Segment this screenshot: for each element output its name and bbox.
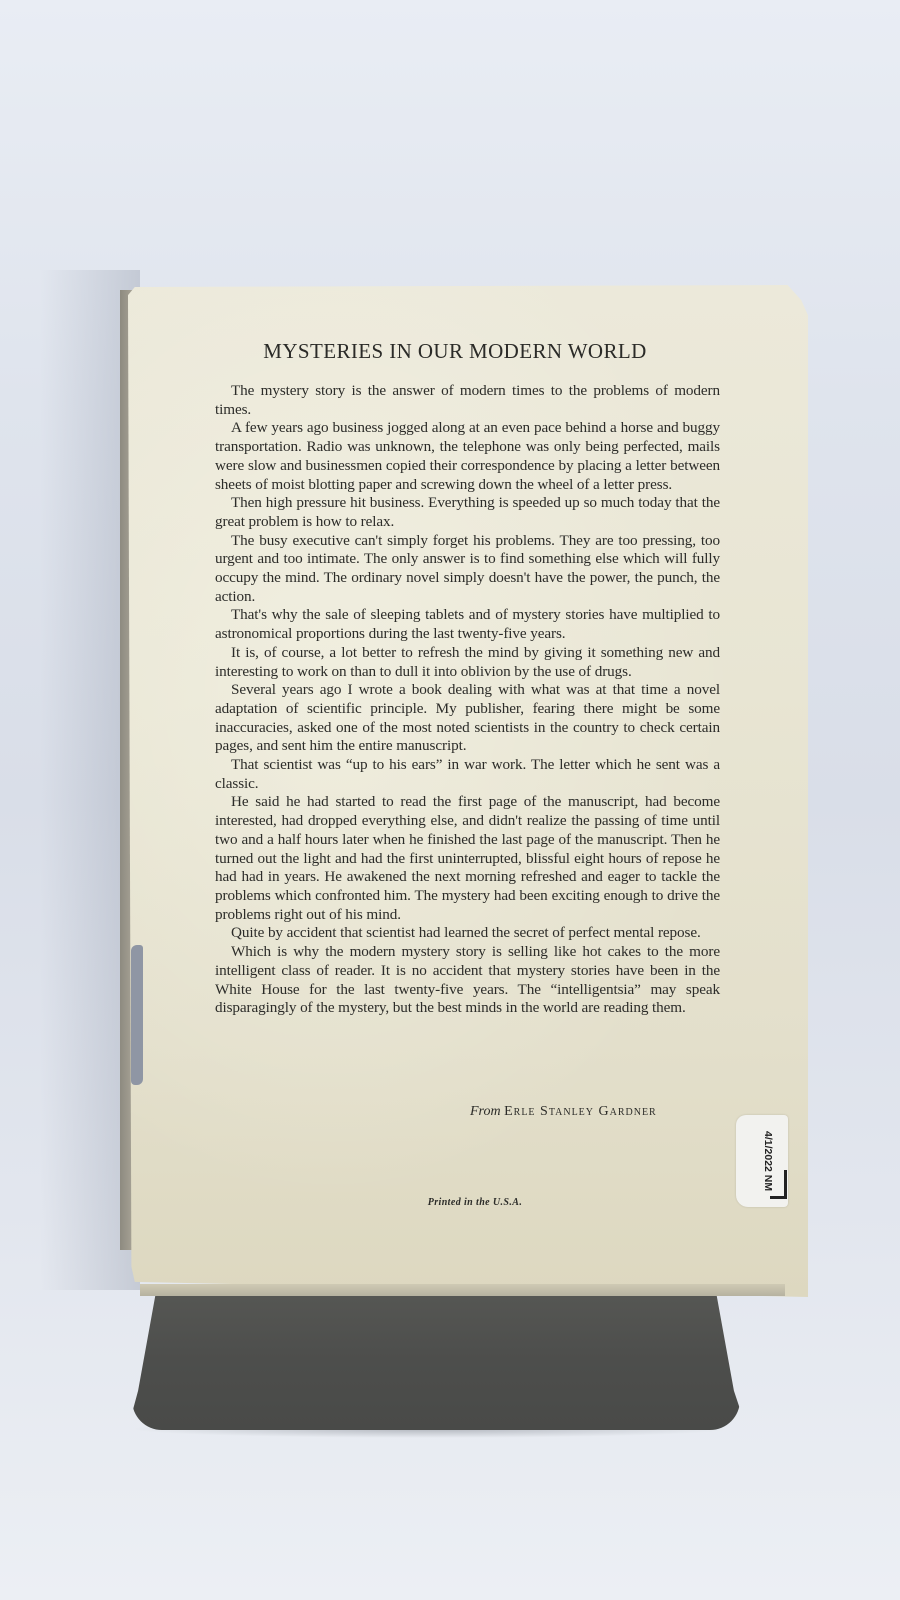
book-stand (132, 1290, 740, 1430)
paragraph: The mystery story is the answer of moder… (215, 382, 720, 419)
paragraph: It is, of course, a lot better to refres… (215, 644, 720, 681)
jacket-tear (131, 945, 143, 1085)
paragraph: A few years ago business jogged along at… (215, 419, 720, 494)
paragraph: That scientist was “up to his ears” in w… (215, 756, 720, 793)
paragraph: Several years ago I wrote a book dealing… (215, 681, 720, 756)
paragraph: Quite by accident that scientist had lea… (215, 924, 720, 943)
attribution: From Erle Stanley Gardner (470, 1104, 657, 1120)
author-name: Erle Stanley Gardner (504, 1104, 657, 1119)
paragraph: The busy executive can't simply forget h… (215, 532, 720, 607)
book-bottom-edge (140, 1284, 785, 1296)
paragraph: Which is why the modern mystery story is… (215, 943, 720, 1018)
paragraph: That's why the sale of sleeping tablets … (215, 606, 720, 643)
attribution-prefix: From (470, 1104, 501, 1119)
paragraph: Then high pressure hit business. Everyth… (215, 494, 720, 531)
page-title: MYSTERIES IN OUR MODERN WORLD (0, 339, 900, 364)
paragraph: He said he had started to read the first… (215, 793, 720, 924)
sticker-corner-mark (770, 1170, 787, 1199)
body-text: The mystery story is the answer of moder… (215, 382, 720, 1018)
